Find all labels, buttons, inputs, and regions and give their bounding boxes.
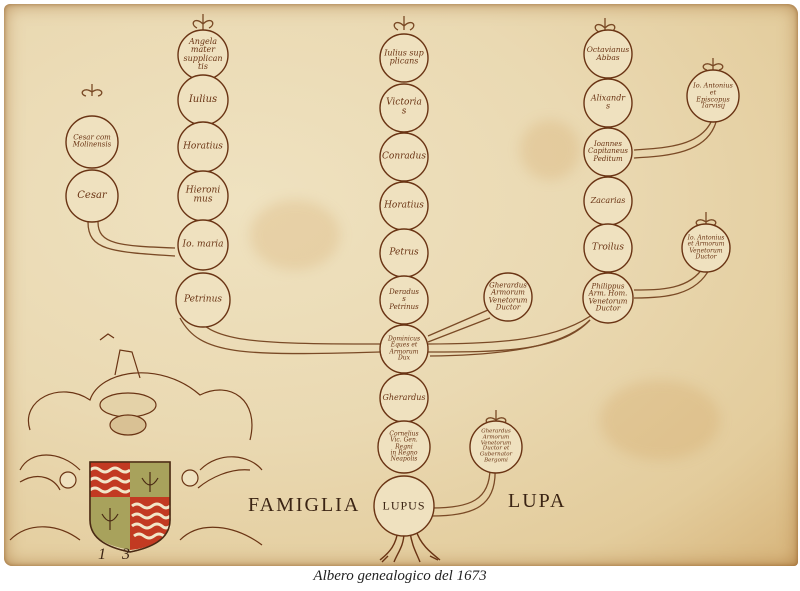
manuscript-page: Cesar com Molinensis Cesar Angela mater … bbox=[0, 0, 800, 591]
coat-of-arms bbox=[10, 334, 262, 552]
image-caption: Albero genealogico del 1673 bbox=[0, 568, 800, 585]
folio-number: 13 bbox=[98, 546, 146, 564]
family-tree-drawing bbox=[0, 0, 800, 591]
title-lupa: LUPA bbox=[508, 490, 566, 513]
title-famiglia: FAMIGLIA bbox=[248, 494, 360, 517]
